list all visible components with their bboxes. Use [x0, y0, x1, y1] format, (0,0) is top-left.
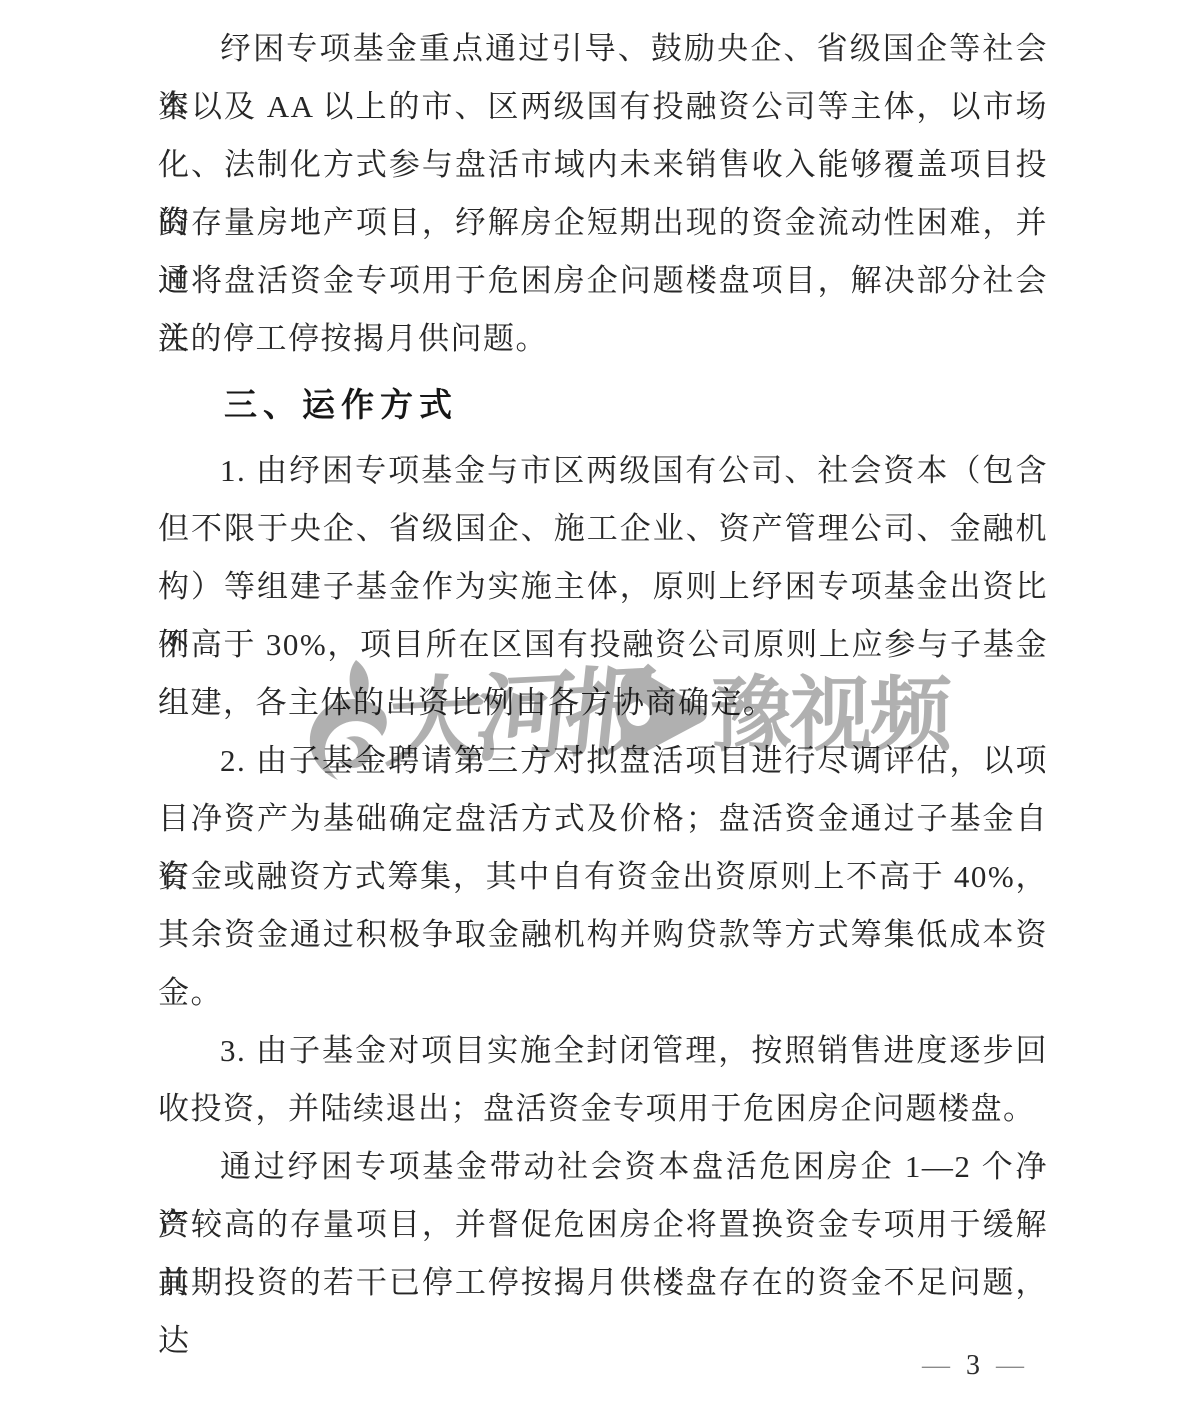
section-heading-text: 三、运作方式 — [158, 376, 1048, 434]
paragraph: 2. 由子基金聘请第三方对拟盘活项目进行尽调评估，以项目净资产为基础确定盘活方式… — [158, 732, 1048, 1022]
text-line: 1. 由纾困专项基金与市区两级国有公司、社会资本（包含 — [158, 442, 1048, 500]
text-line: 本以及 AA 以上的市、区两级国有投融资公司等主体，以市场 — [158, 78, 1048, 136]
text-line: 但不限于央企、省级国企、施工企业、资产管理公司、金融机 — [158, 500, 1048, 558]
text-line: 注的停工停按揭月供问题。 — [158, 310, 1048, 368]
document-page: 纾困专项基金重点通过引导、鼓励央企、省级国企等社会资本以及 AA 以上的市、区两… — [0, 0, 1200, 1420]
paragraph: 3. 由子基金对项目实施全封闭管理，按照销售进度逐步回收投资，并陆续退出；盘活资… — [158, 1022, 1048, 1138]
page-footer: — 3 — — [898, 1344, 1048, 1388]
text-line: 目净资产为基础确定盘活方式及价格；盘活资金通过子基金自有 — [158, 790, 1048, 848]
paragraph: 通过纾困专项基金带动社会资本盘活危困房企 1—2 个净资产较高的存量项目，并督促… — [158, 1138, 1048, 1312]
footer-right-dash: — — [996, 1350, 1024, 1382]
document-body: 纾困专项基金重点通过引导、鼓励央企、省级国企等社会资本以及 AA 以上的市、区两… — [158, 20, 1048, 1312]
text-line: 不高于 30%，项目所在区国有投融资公司原则上应参与子基金 — [158, 616, 1048, 674]
section-heading: 三、运作方式 — [158, 376, 1048, 434]
paragraph: 纾困专项基金重点通过引导、鼓励央企、省级国企等社会资本以及 AA 以上的市、区两… — [158, 20, 1048, 368]
text-line: 的存量房地产项目，纾解房企短期出现的资金流动性困难，并通 — [158, 194, 1048, 252]
text-line: 其余资金通过积极争取金融机构并购贷款等方式筹集低成本资 — [158, 906, 1048, 964]
text-line: 通过纾困专项基金带动社会资本盘活危困房企 1—2 个净资 — [158, 1138, 1048, 1196]
text-line: 收投资，并陆续退出；盘活资金专项用于危困房企问题楼盘。 — [158, 1080, 1048, 1138]
text-line: 前期投资的若干已停工停按揭月供楼盘存在的资金不足问题，达 — [158, 1254, 1048, 1312]
text-line: 化、法制化方式参与盘活市域内未来销售收入能够覆盖项目投资 — [158, 136, 1048, 194]
text-line: 过将盘活资金专项用于危困房企问题楼盘项目，解决部分社会关 — [158, 252, 1048, 310]
footer-left-dash: — — [922, 1350, 950, 1382]
text-line: 构）等组建子基金作为实施主体，原则上纾困专项基金出资比例 — [158, 558, 1048, 616]
page-number: 3 — [966, 1350, 980, 1382]
text-line: 资金或融资方式筹集，其中自有资金出资原则上不高于 40%， — [158, 848, 1048, 906]
paragraph: 1. 由纾困专项基金与市区两级国有公司、社会资本（包含但不限于央企、省级国企、施… — [158, 442, 1048, 732]
text-line: 纾困专项基金重点通过引导、鼓励央企、省级国企等社会资 — [158, 20, 1048, 78]
text-line: 组建，各主体的出资比例由各方协商确定。 — [158, 674, 1048, 732]
text-line: 2. 由子基金聘请第三方对拟盘活项目进行尽调评估，以项 — [158, 732, 1048, 790]
text-line: 金。 — [158, 964, 1048, 1022]
text-line: 3. 由子基金对项目实施全封闭管理，按照销售进度逐步回 — [158, 1022, 1048, 1080]
text-line: 产较高的存量项目，并督促危困房企将置换资金专项用于缓解其 — [158, 1196, 1048, 1254]
